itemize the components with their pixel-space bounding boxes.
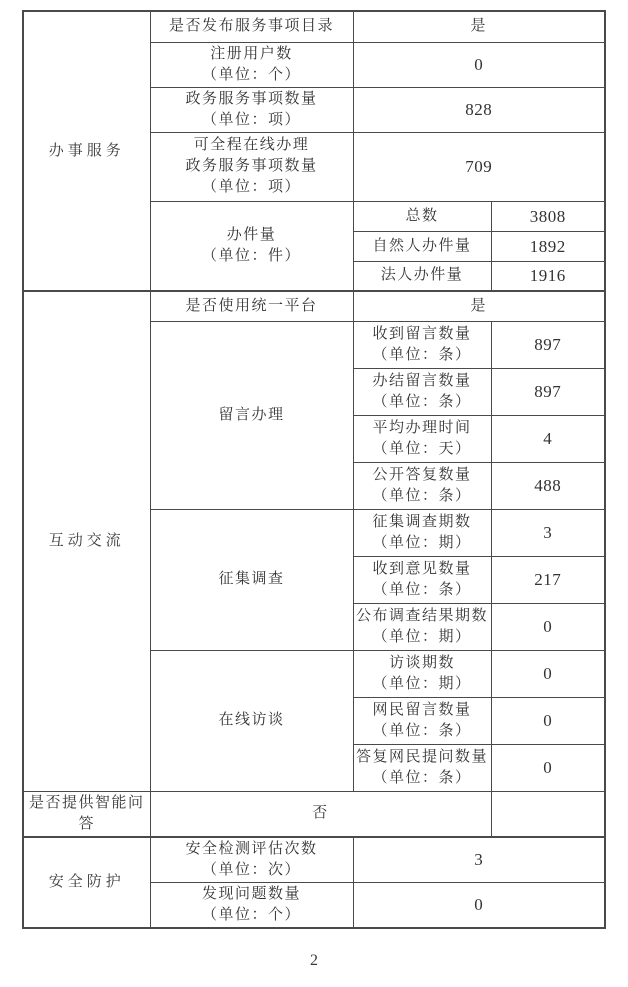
sub-label-survey-issues: 征集调查期数 （单位：期） [353,509,491,556]
label-line: 网民留言数量 [356,700,489,721]
label-line: 公布调查结果期数 [356,606,489,627]
label-line: 征集调查期数 [356,512,489,533]
label-line: 办结留言数量 [356,371,489,392]
row-label-case-volume: 办件量 （单位：件） [150,201,353,291]
sub-label-legal-person: 法人办件量 [353,261,491,291]
group-label-message-handling: 留言办理 [150,321,353,509]
unit-line: （单位：期） [356,533,489,554]
sub-value-netizen-messages: 0 [491,697,605,744]
sub-label-netizen-messages: 网民留言数量 （单位：条） [353,697,491,744]
sub-label-natural-person: 自然人办件量 [353,231,491,261]
row-value-registered-users: 0 [353,42,605,87]
row-label-service-catalog: 是否发布服务事项目录 [150,11,353,42]
sub-value-messages-resolved: 897 [491,368,605,415]
sub-label-avg-handling-time: 平均办理时间 （单位：天） [353,415,491,462]
unit-line: （单位：期） [356,674,489,695]
label-line: 政务服务事项数量 [153,156,351,177]
unit-line: （单位：次） [153,860,351,881]
sub-value-results-published: 0 [491,603,605,650]
row-label-service-items: 政务服务事项数量 （单位：项） [150,87,353,132]
unit-line: （单位：条） [356,768,489,789]
unit-line: （单位：个） [153,65,351,86]
unit-line: （单位：条） [356,580,489,601]
label-line: 安全检测评估次数 [153,839,351,860]
label-line: 公开答复数量 [356,465,489,486]
unit-line: （单位：条） [356,345,489,366]
sub-value-legal-person: 1916 [491,261,605,291]
sub-value-natural-person: 1892 [491,231,605,261]
sub-label-messages-resolved: 办结留言数量 （单位：条） [353,368,491,415]
sub-value-interview-issues: 0 [491,650,605,697]
sub-label-questions-answered: 答复网民提问数量 （单位：条） [353,744,491,791]
sub-value-avg-handling-time: 4 [491,415,605,462]
unit-line: （单位：条） [356,721,489,742]
row-label-smart-qa: 是否提供智能问答 [23,791,150,837]
unit-line: （单位：条） [356,392,489,413]
category-interaction: 互动交流 [23,291,150,791]
row-value-online-items: 709 [353,132,605,201]
unit-line: （单位：天） [356,439,489,460]
label-line: 平均办理时间 [356,418,489,439]
row-label-unified-platform: 是否使用统一平台 [150,291,353,321]
unit-line: （单位：件） [153,246,351,267]
sub-value-total: 3808 [491,201,605,231]
sub-value-survey-issues: 3 [491,509,605,556]
sub-value-questions-answered: 0 [491,744,605,791]
row-label-online-items: 可全程在线办理 政务服务事项数量 （单位：项） [150,132,353,201]
label-line: 收到留言数量 [356,324,489,345]
label-line: 注册用户数 [153,44,351,65]
row-value-problems-found: 0 [353,882,605,928]
group-label-survey-collection: 征集调查 [150,509,353,650]
row-value-service-catalog: 是 [353,11,605,42]
row-value-service-items: 828 [353,87,605,132]
page-number: 2 [0,952,628,970]
unit-line: （单位：项） [153,110,351,131]
category-office-services: 办事服务 [23,11,150,291]
unit-line: （单位：条） [356,486,489,507]
label-line: 答复网民提问数量 [356,747,489,768]
annual-report-table: 办事服务 是否发布服务事项目录 是 注册用户数 （单位：个） 0 政务服务事项数… [22,10,606,929]
sub-label-opinions-received: 收到意见数量 （单位：条） [353,556,491,603]
row-label-problems-found: 发现问题数量 （单位：个） [150,882,353,928]
group-label-online-interview: 在线访谈 [150,650,353,791]
label-line: 发现问题数量 [153,884,351,905]
row-label-security-checks: 安全检测评估次数 （单位：次） [150,837,353,883]
sub-label-public-replies: 公开答复数量 （单位：条） [353,462,491,509]
sub-label-total: 总数 [353,201,491,231]
row-label-registered-users: 注册用户数 （单位：个） [150,42,353,87]
label-line: 访谈期数 [356,653,489,674]
unit-line: （单位：项） [153,177,351,198]
sub-value-opinions-received: 217 [491,556,605,603]
sub-label-interview-issues: 访谈期数 （单位：期） [353,650,491,697]
label-line: 办件量 [153,225,351,246]
label-line: 收到意见数量 [356,559,489,580]
category-security: 安全防护 [23,837,150,928]
label-line: 可全程在线办理 [153,135,351,156]
unit-line: （单位：期） [356,627,489,648]
sub-value-public-replies: 488 [491,462,605,509]
unit-line: （单位：个） [153,905,351,926]
row-value-unified-platform: 是 [353,291,605,321]
label-line: 政务服务事项数量 [153,89,351,110]
sub-label-messages-received: 收到留言数量 （单位：条） [353,321,491,368]
row-value-smart-qa: 否 [150,791,491,837]
row-value-security-checks: 3 [353,837,605,883]
sub-value-messages-received: 897 [491,321,605,368]
sub-label-results-published: 公布调查结果期数 （单位：期） [353,603,491,650]
